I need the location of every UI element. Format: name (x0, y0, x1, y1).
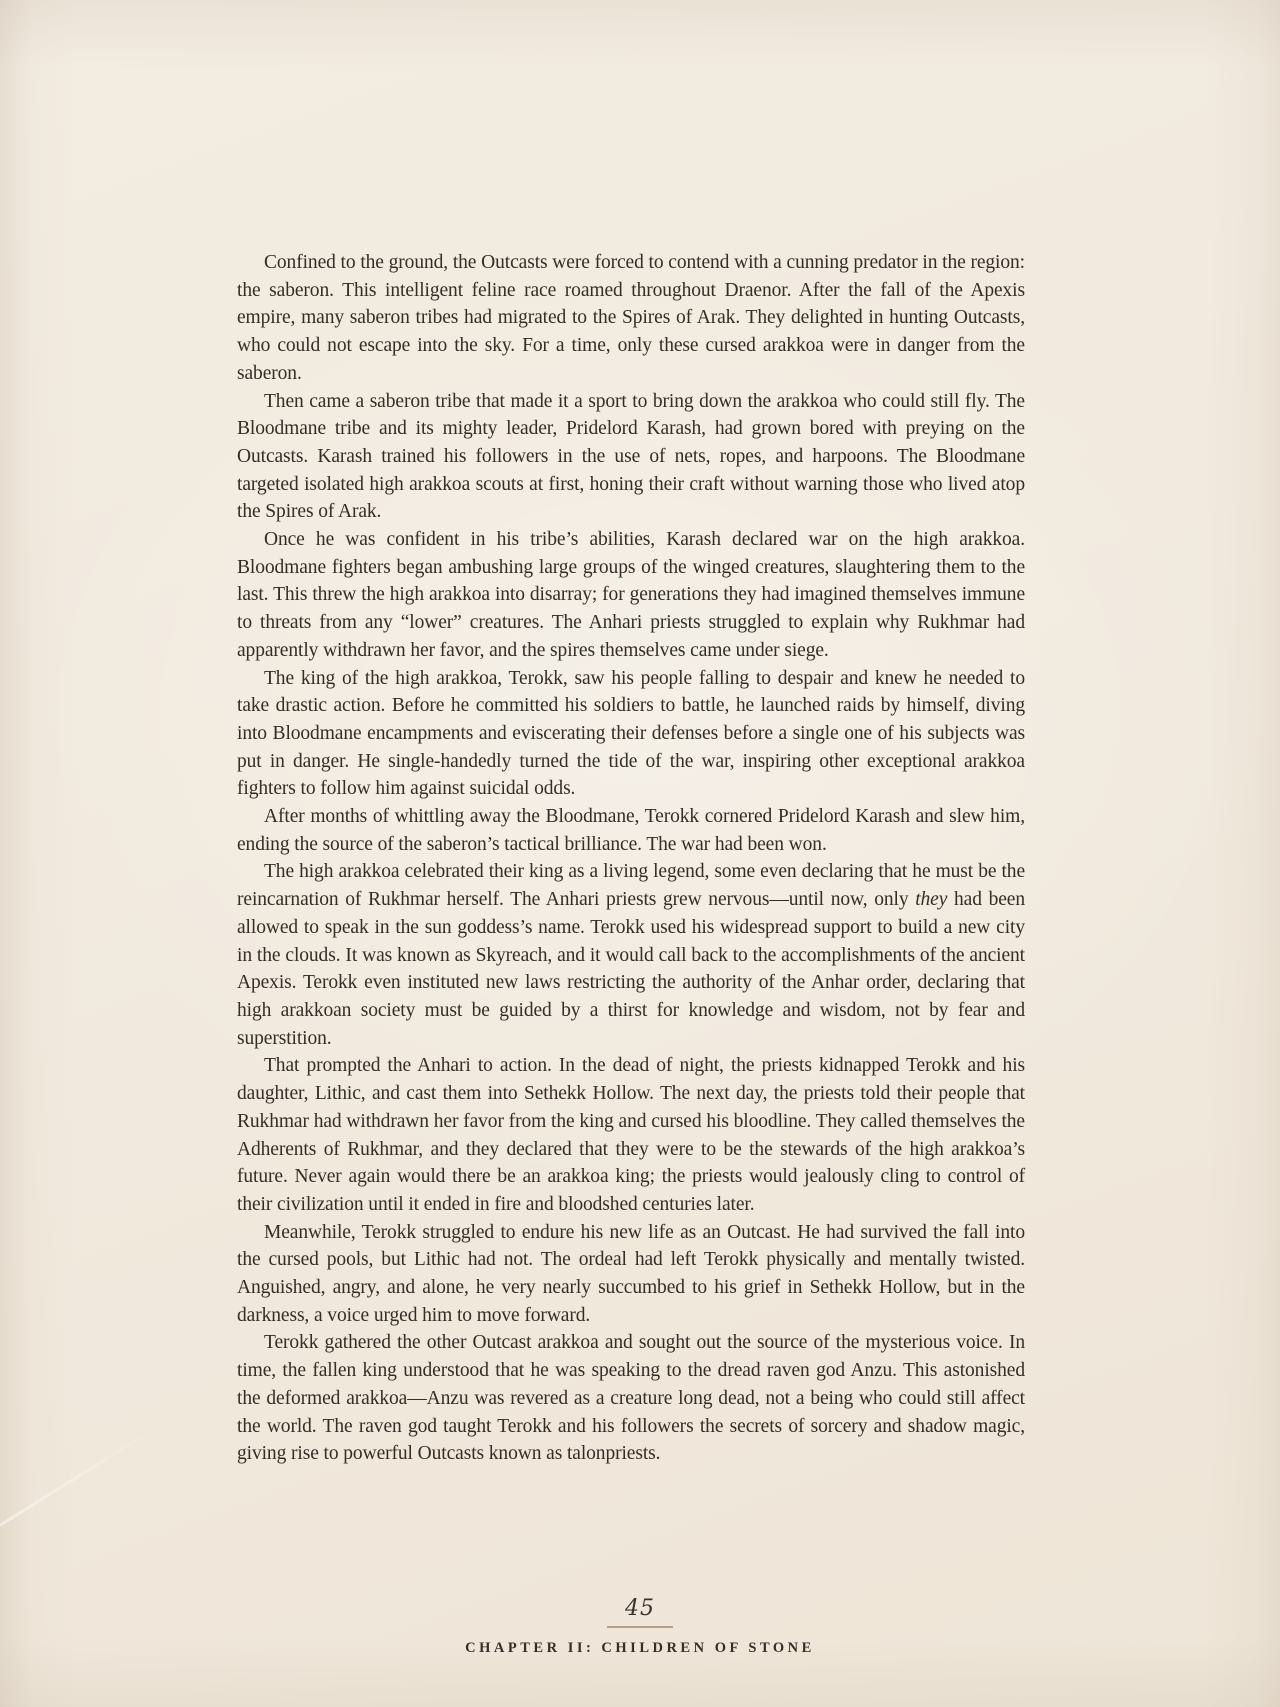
text-run: Terokk gathered the other Outcast arakko… (237, 1332, 1025, 1464)
text-run: The high arakkoa celebrated their king a… (237, 861, 1025, 910)
text-run: had been allowed to speak in the sun god… (237, 889, 1025, 1049)
paragraph: The high arakkoa celebrated their king a… (237, 858, 1025, 1052)
text-run: Once he was confident in his tribe’s abi… (237, 529, 1025, 661)
paragraph: Once he was confident in his tribe’s abi… (237, 526, 1025, 665)
text-run: Then came a saberon tribe that made it a… (237, 391, 1025, 523)
paragraph: Meanwhile, Terokk struggled to endure hi… (237, 1219, 1025, 1330)
text-run: Confined to the ground, the Outcasts wer… (237, 252, 1025, 384)
chapter-footer: CHAPTER II: CHILDREN OF STONE (0, 1640, 1280, 1657)
paragraph: After months of whittling away the Blood… (237, 803, 1025, 858)
paragraph: The king of the high arakkoa, Terokk, sa… (237, 665, 1025, 804)
paragraph: Confined to the ground, the Outcasts wer… (237, 249, 1025, 388)
page-number: 45 (0, 1596, 1280, 1621)
book-page: Confined to the ground, the Outcasts wer… (0, 0, 1280, 1707)
footer-divider (607, 1626, 673, 1628)
body-text: Confined to the ground, the Outcasts wer… (237, 249, 1025, 1468)
text-run: After months of whittling away the Blood… (237, 806, 1025, 855)
text-run: That prompted the Anhari to action. In t… (237, 1055, 1025, 1215)
emphasized-text: they (915, 889, 947, 910)
page-footer: 45 CHAPTER II: CHILDREN OF STONE (0, 1596, 1280, 1657)
text-run: Meanwhile, Terokk struggled to endure hi… (237, 1222, 1025, 1326)
paragraph: That prompted the Anhari to action. In t… (237, 1052, 1025, 1218)
paper-crease (0, 1422, 164, 1541)
text-run: The king of the high arakkoa, Terokk, sa… (237, 668, 1025, 800)
paragraph: Terokk gathered the other Outcast arakko… (237, 1329, 1025, 1468)
paragraph: Then came a saberon tribe that made it a… (237, 388, 1025, 527)
